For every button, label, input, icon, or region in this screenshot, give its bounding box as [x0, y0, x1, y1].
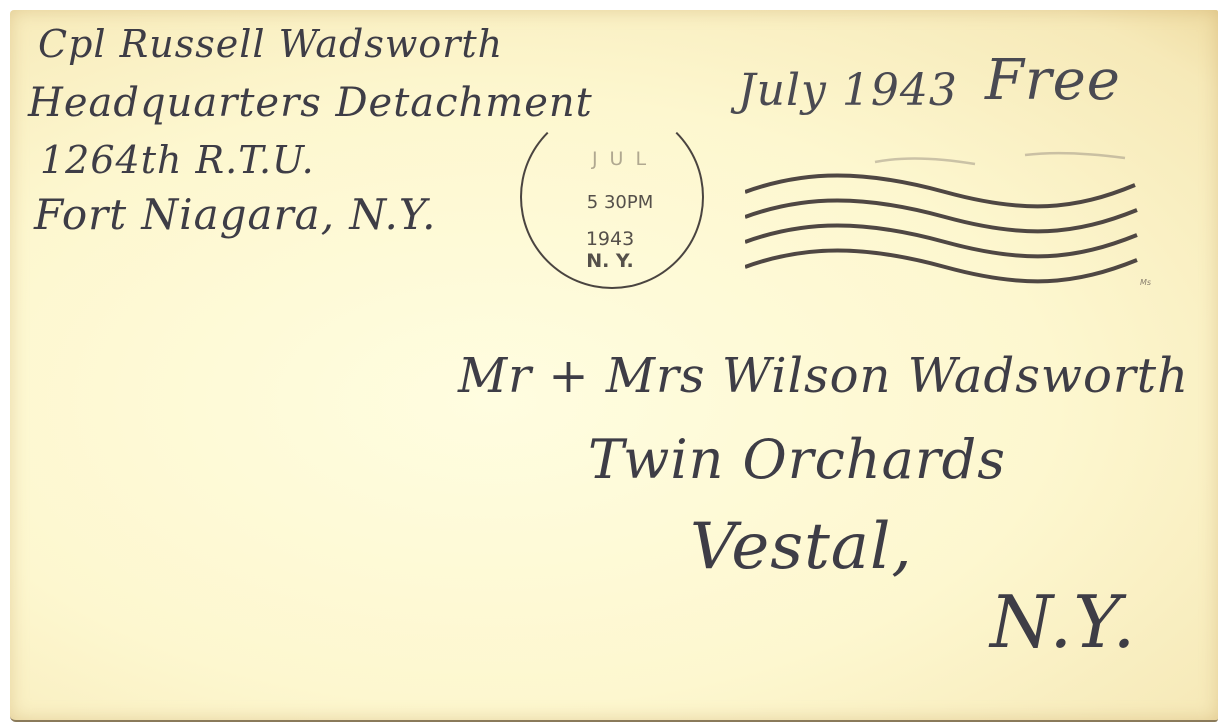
postmark-state: N. Y. [570, 250, 650, 272]
cancellation-small-mark: Ms [1140, 278, 1151, 287]
return-address-unit: Headquarters Detachment [28, 80, 593, 126]
postmark-month: JUL [570, 148, 680, 170]
date-note: July 1943 [738, 65, 958, 116]
postmark-time: 5 30PM [550, 192, 690, 213]
recipient-city: Vestal, [690, 510, 913, 584]
return-address-city: Fort Niagara, N.Y. [34, 190, 436, 239]
postmark-year: 1943 [570, 228, 650, 250]
free-frank-note: Free [985, 48, 1121, 113]
cancellation-wavy-lines-icon [745, 150, 1145, 290]
recipient-name: Mr + Mrs Wilson Wadsworth [458, 348, 1189, 404]
return-address-name: Cpl Russell Wadsworth [38, 22, 503, 66]
return-address-rtu: 1264th R.T.U. [40, 138, 315, 182]
recipient-state: N.Y. [990, 580, 1136, 664]
recipient-street: Twin Orchards [588, 428, 1006, 491]
envelope: Cpl Russell Wadsworth Headquarters Detac… [10, 10, 1218, 722]
